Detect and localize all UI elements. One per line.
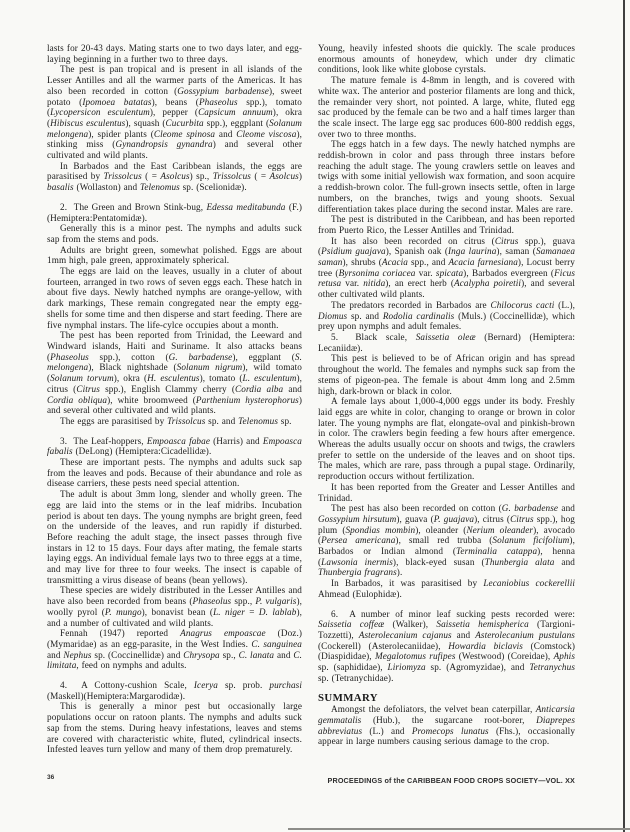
species-name-italic: Spondias mombin xyxy=(345,525,415,535)
species-name-italic: Ipomoea batatas xyxy=(82,97,151,107)
text-run: ) xyxy=(299,171,302,181)
species-name-italic: Acacia farnesiana xyxy=(448,257,517,267)
species-name-italic: Gossypium barbadense xyxy=(177,86,269,96)
text-run: 5. Black scale, xyxy=(331,332,416,342)
paragraph: 2. The Green and Brown Stink-bug, Edessa… xyxy=(47,202,302,223)
paragraph: The pest is distributed in the Caribbean… xyxy=(318,214,575,235)
paragraph: The adult is about 3mm long, slender and… xyxy=(47,489,302,585)
text-run: (Westwood) (Coreidae), xyxy=(456,651,554,661)
paragraph: The eggs hatch in a few days. The newly … xyxy=(318,139,575,214)
scanned-document-page: lasts for 20-43 days. Mating starts one … xyxy=(0,0,630,832)
text-run: ), black-eyed susan ( xyxy=(393,557,485,567)
footer-running-title: PROCEEDINGS of the CARIBBEAN FOOD CROPS … xyxy=(318,776,575,785)
text-run: 6. A number of minor leaf sucking pests … xyxy=(331,609,575,619)
text-run: In Barbados, it was parasitised by xyxy=(331,578,483,588)
text-run: ), tomato ( xyxy=(200,373,243,383)
text-run: ), okra ( xyxy=(114,373,147,383)
text-run: = xyxy=(245,607,259,617)
text-run: , feed on nymphs and adults. xyxy=(76,660,186,670)
paragraph: The mature female is 4-8mm in length, an… xyxy=(318,75,575,139)
species-name-italic: Gynandropsis gynandra xyxy=(115,139,212,149)
text-run: It has been reported from the Greater an… xyxy=(318,482,575,503)
species-name-italic: Phaseolus xyxy=(50,352,89,362)
species-name-italic: Nerium oleander xyxy=(466,525,533,535)
paragraph-gap xyxy=(47,427,302,436)
species-name-italic: Saissetia coffeæ xyxy=(318,619,384,629)
species-name-italic: P. guajava xyxy=(434,514,474,524)
paragraph: lasts for 20-43 days. Mating starts one … xyxy=(47,43,302,64)
text-run: The eggs are laid on the leaves, usually… xyxy=(47,266,302,330)
text-run: ), small red trubba ( xyxy=(395,535,492,545)
paragraph-gap xyxy=(47,671,302,680)
species-name-italic: H. esculentus xyxy=(147,373,199,383)
species-name-italic: Solanum nigrum xyxy=(177,362,243,372)
paragraph: 3. The Leaf-hoppers, Empoasca fabae (Har… xyxy=(47,436,302,457)
text-run: ) sp., xyxy=(190,171,213,181)
species-name-italic: Empoasca fabae xyxy=(147,436,210,446)
species-name-italic: Lecaniobius cockerellii xyxy=(483,578,575,588)
text-run: ( = xyxy=(142,171,161,181)
species-name-italic: Cleome spinosa xyxy=(154,129,215,139)
text-run: spp.), eggplant ( xyxy=(204,118,269,128)
species-name-italic: Citrus xyxy=(510,514,534,524)
text-run: The eggs are parasitised by xyxy=(60,416,167,426)
text-run: The predators recorded in Barbados are xyxy=(331,300,490,310)
species-name-italic: Edessa meditabunda xyxy=(206,202,285,212)
text-run: ), Black nightshade ( xyxy=(88,362,176,372)
species-name-italic: basalis xyxy=(47,182,74,192)
text-run: The adult is about 3mm long, slender and… xyxy=(47,489,302,585)
species-name-italic: Cordia alba xyxy=(235,384,283,394)
species-name-italic: Diomus xyxy=(318,311,347,321)
text-run: (Wollaston) and xyxy=(74,182,140,192)
text-run: Fennah (1947) reported xyxy=(60,628,180,638)
species-name-italic: Acalypha poiretii xyxy=(454,278,521,288)
summary-heading: SUMMARY xyxy=(318,693,575,704)
text-run: sp., xyxy=(220,650,239,660)
text-run: ), Barbados evergreen ( xyxy=(463,268,554,278)
species-name-italic: Telenomus xyxy=(238,416,278,426)
text-run: and xyxy=(215,129,236,139)
species-name-italic: Chilocorus cacti xyxy=(490,300,554,310)
species-name-italic: Cleome viscosa xyxy=(236,129,296,139)
scan-edge-bottom-line xyxy=(288,828,630,830)
text-run: ), shrubs ( xyxy=(343,257,382,267)
paragraph: It has also been recorded on citrus (Cit… xyxy=(318,236,575,300)
species-name-italic: Saissetia hemispherica xyxy=(436,619,528,629)
species-name-italic: Trissolcus xyxy=(213,171,251,181)
paragraph: The predators recorded in Barbados are C… xyxy=(318,300,575,332)
text-run: ), saman ( xyxy=(496,246,536,256)
text-run: (L.), xyxy=(554,300,575,310)
paragraph: The pest is pan tropical and is present … xyxy=(47,64,302,160)
species-name-italic: Cucurbita xyxy=(166,118,204,128)
text-run: The eggs hatch in a few days. The newly … xyxy=(318,139,575,213)
text-run: The pest is distributed in the Caribbean… xyxy=(318,214,575,235)
text-run: and xyxy=(47,650,63,660)
paragraph: The eggs are parasitised by Trissolcus s… xyxy=(47,416,302,427)
species-name-italic: Megalotomus rufipes xyxy=(375,651,456,661)
species-name-italic: Saissetia oleæ xyxy=(416,332,476,342)
species-name-italic: spicata xyxy=(436,268,463,278)
text-run: Generally this is a minor pest. The nymp… xyxy=(47,223,302,244)
species-name-italic: Trissolcus xyxy=(167,416,205,426)
species-name-italic: Nephus xyxy=(63,650,91,660)
species-name-italic: Howardia biclavis xyxy=(448,641,523,651)
paragraph: This pest is believed to be of African o… xyxy=(318,353,575,396)
text-run: sp. (saphididae), xyxy=(318,662,388,672)
text-run: ), bonavist bean ( xyxy=(142,607,213,617)
text-run: (Cockerell) (Asterolecaniidae), xyxy=(318,641,448,651)
text-run: Adults are bright green, somewhat polish… xyxy=(47,245,302,266)
species-name-italic: Inga laurina xyxy=(448,246,496,256)
paragraph: 5. Black scale, Saissetia oleæ (Bernard)… xyxy=(318,332,575,353)
species-name-italic: Byrsonima coriacea xyxy=(339,268,416,278)
species-name-italic: Gossypium hirsutum xyxy=(318,514,396,524)
paragraph: Amongst the defoliators, the velvet bean… xyxy=(318,704,575,747)
text-run: (DeLong) (Hemiptera:Cicadellidæ). xyxy=(73,446,212,456)
paragraph: Generally this is a minor pest. The nymp… xyxy=(47,223,302,244)
species-name-italic: Solanum torvum xyxy=(50,373,114,383)
paragraph: In Barbados, it was parasitised by Lecan… xyxy=(318,578,575,599)
species-name-italic: Phaseolus xyxy=(193,596,232,606)
species-name-italic: C. lanata xyxy=(239,650,275,660)
species-name-italic: Anagrus empoascae xyxy=(180,628,266,638)
species-name-italic: Persea americana xyxy=(321,535,395,545)
text-run: 2. The Green and Brown Stink-bug, xyxy=(60,202,206,212)
species-name-italic: Telenomus xyxy=(140,182,180,192)
paragraph-gap xyxy=(47,193,302,202)
species-name-italic: C. sanguinea xyxy=(251,639,302,649)
species-name-italic: Asterolecanium cajanus xyxy=(359,630,452,640)
paragraph: 6. A number of minor leaf sucking pests … xyxy=(318,609,575,684)
species-name-italic: Trissolcus xyxy=(104,171,142,181)
text-run: ), beans ( xyxy=(152,97,199,107)
species-name-italic: Hibiscus esculentus xyxy=(50,118,125,128)
paragraph: These species are widely distributed in … xyxy=(47,585,302,628)
species-name-italic: G. barbadense xyxy=(169,352,233,362)
paragraph: Fennah (1947) reported Anagrus empoascae… xyxy=(47,628,302,671)
text-run: spp.), English Clammy cherry ( xyxy=(100,384,235,394)
text-run: This pest is believed to be of African o… xyxy=(318,353,575,395)
paragraph-gap xyxy=(318,683,575,692)
species-name-italic: Parthenium hysterophorus xyxy=(196,395,299,405)
text-run: ), eggplant ( xyxy=(232,352,295,362)
text-run: 4. A Cottony-cushion Scale, xyxy=(60,680,194,690)
text-run: ), an erect herb ( xyxy=(385,278,454,288)
species-name-italic: L. esculentum xyxy=(242,373,296,383)
species-name-italic: Acacia xyxy=(382,257,408,267)
text-run: (Hub.), the sugarcane root-borer, xyxy=(361,715,536,725)
text-run: ), guava ( xyxy=(396,514,433,524)
text-run: A female lays about 1,000-4,000 eggs und… xyxy=(318,396,575,481)
species-name-italic: nitida xyxy=(363,278,385,288)
species-name-italic: purchasi xyxy=(269,680,302,690)
text-run: ), oleander ( xyxy=(415,525,466,535)
text-run: ), citrus ( xyxy=(474,514,510,524)
species-name-italic: Chrysopa xyxy=(183,650,220,660)
species-name-italic: Asolcus xyxy=(160,171,189,181)
text-run: and xyxy=(283,384,302,394)
text-run: sp. xyxy=(278,416,292,426)
text-run: sp. (Coccinellidæ) and xyxy=(92,650,184,660)
paragraph: A female lays about 1,000-4,000 eggs und… xyxy=(318,396,575,482)
text-run: spp.), cotton ( xyxy=(89,352,169,362)
text-run: and xyxy=(554,557,575,567)
paragraph: 4. A Cottony-cushion Scale, Icerya sp. p… xyxy=(47,680,302,701)
species-name-italic: G. barbadense xyxy=(502,503,558,513)
text-run: sp. (Agromyzidae), and xyxy=(426,662,530,672)
species-name-italic: P. mungo xyxy=(105,607,142,617)
species-name-italic: Icerya xyxy=(194,680,218,690)
page-number: 36 xyxy=(47,774,54,781)
text-run: These are important pests. The nymphs an… xyxy=(47,457,302,488)
species-name-italic: Asolcus xyxy=(270,171,299,181)
species-name-italic: Cordia obliqua xyxy=(47,395,107,405)
text-run: sp. and xyxy=(347,311,383,321)
text-run: ). xyxy=(397,567,403,577)
species-name-italic: Solanum ficifolium xyxy=(492,535,569,545)
text-run: ), pepper ( xyxy=(150,107,198,117)
text-run: spp., and xyxy=(408,257,449,267)
paragraph: The pest has also been recorded on cotto… xyxy=(318,503,575,578)
species-name-italic: Citrus xyxy=(76,384,100,394)
text-run: var. xyxy=(415,268,435,278)
text-run: sp. and xyxy=(205,416,238,426)
text-run: This is generally a minor pest but occas… xyxy=(47,701,302,754)
text-run: The pest has also been recorded on cotto… xyxy=(331,503,502,513)
text-run: sp. (Scelionidæ). xyxy=(180,182,247,192)
species-name-italic: Rodolia cardinalis xyxy=(383,311,454,321)
text-run: SUMMARY xyxy=(318,692,378,704)
species-name-italic: Lycopersicon esculentum xyxy=(50,107,150,117)
text-run: sp. (Tetranychidae). xyxy=(318,673,393,683)
paragraph: The pest has been reported from Trinidad… xyxy=(47,330,302,416)
paragraph: It has been reported from the Greater an… xyxy=(318,482,575,503)
paragraph-gap xyxy=(318,600,575,609)
text-run: Ahmead (Eulophidæ). xyxy=(318,589,402,599)
text-run: and xyxy=(452,630,475,640)
text-run: ( = xyxy=(251,171,270,181)
species-name-italic: Tetranychus xyxy=(529,662,575,672)
text-run: (Harris) and xyxy=(210,436,263,446)
species-name-italic: L. niger xyxy=(213,607,245,617)
text-run: Amongst the defoliators, the velvet bean… xyxy=(331,704,536,714)
species-name-italic: Capsicum annuum xyxy=(198,107,273,117)
text-run: (Walker), xyxy=(384,619,436,629)
left-text-column: lasts for 20-43 days. Mating starts one … xyxy=(47,43,302,755)
text-run: Young, heavily infested shoots die quick… xyxy=(318,43,575,74)
species-name-italic: Psidium guajava xyxy=(321,246,386,256)
right-text-column: Young, heavily infested shoots die quick… xyxy=(318,43,575,747)
text-run: The mature female is 4-8mm in length, an… xyxy=(318,75,575,139)
text-run: It has also been recorded on citrus ( xyxy=(331,236,495,246)
text-run: and xyxy=(274,650,293,660)
species-name-italic: Asterolecanium pustulans xyxy=(475,630,575,640)
species-name-italic: Promecops lunatus xyxy=(412,726,489,736)
species-name-italic: Terminalia catappa xyxy=(456,546,537,556)
text-run: (L.) and xyxy=(362,726,412,736)
species-name-italic: Lawsonia inermis xyxy=(321,557,393,567)
paragraph: Young, heavily infested shoots die quick… xyxy=(318,43,575,75)
species-name-italic: P. vulgaris xyxy=(255,596,296,606)
paragraph: The eggs are laid on the leaves, usually… xyxy=(47,266,302,330)
text-run: lasts for 20-43 days. Mating starts one … xyxy=(47,43,302,64)
text-run: 3. The Leaf-hoppers, xyxy=(60,436,147,446)
species-name-italic: Phaseolus xyxy=(199,97,238,107)
paragraph: These are important pests. The nymphs an… xyxy=(47,457,302,489)
species-name-italic: D. lablab xyxy=(259,607,297,617)
paragraph: Adults are bright green, somewhat polish… xyxy=(47,245,302,266)
text-run: ), white broomweed ( xyxy=(107,395,196,405)
species-name-italic: Citrus xyxy=(495,236,519,246)
paragraph: This is generally a minor pest but occas… xyxy=(47,701,302,755)
text-run: spp., xyxy=(231,596,255,606)
paragraph: In Barbados and the East Caribbean islan… xyxy=(47,161,302,193)
text-run: (Maskell)(Hemiptera:Margarodidæ). xyxy=(47,691,185,701)
text-run: ), Spanish oak ( xyxy=(386,246,448,256)
text-run: ), spider plants ( xyxy=(88,129,154,139)
species-name-italic: Liriomyza xyxy=(388,662,426,672)
species-name-italic: Thunbergia alata xyxy=(485,557,555,567)
text-run: var. xyxy=(341,278,363,288)
species-name-italic: Thunbergia fragrans xyxy=(318,567,397,577)
scan-edge-vertical-line xyxy=(623,0,625,832)
text-run: ), squash ( xyxy=(125,118,165,128)
species-name-italic: Aphis xyxy=(554,651,575,661)
text-run: sp. prob. xyxy=(218,680,269,690)
text-run: and xyxy=(558,503,575,513)
